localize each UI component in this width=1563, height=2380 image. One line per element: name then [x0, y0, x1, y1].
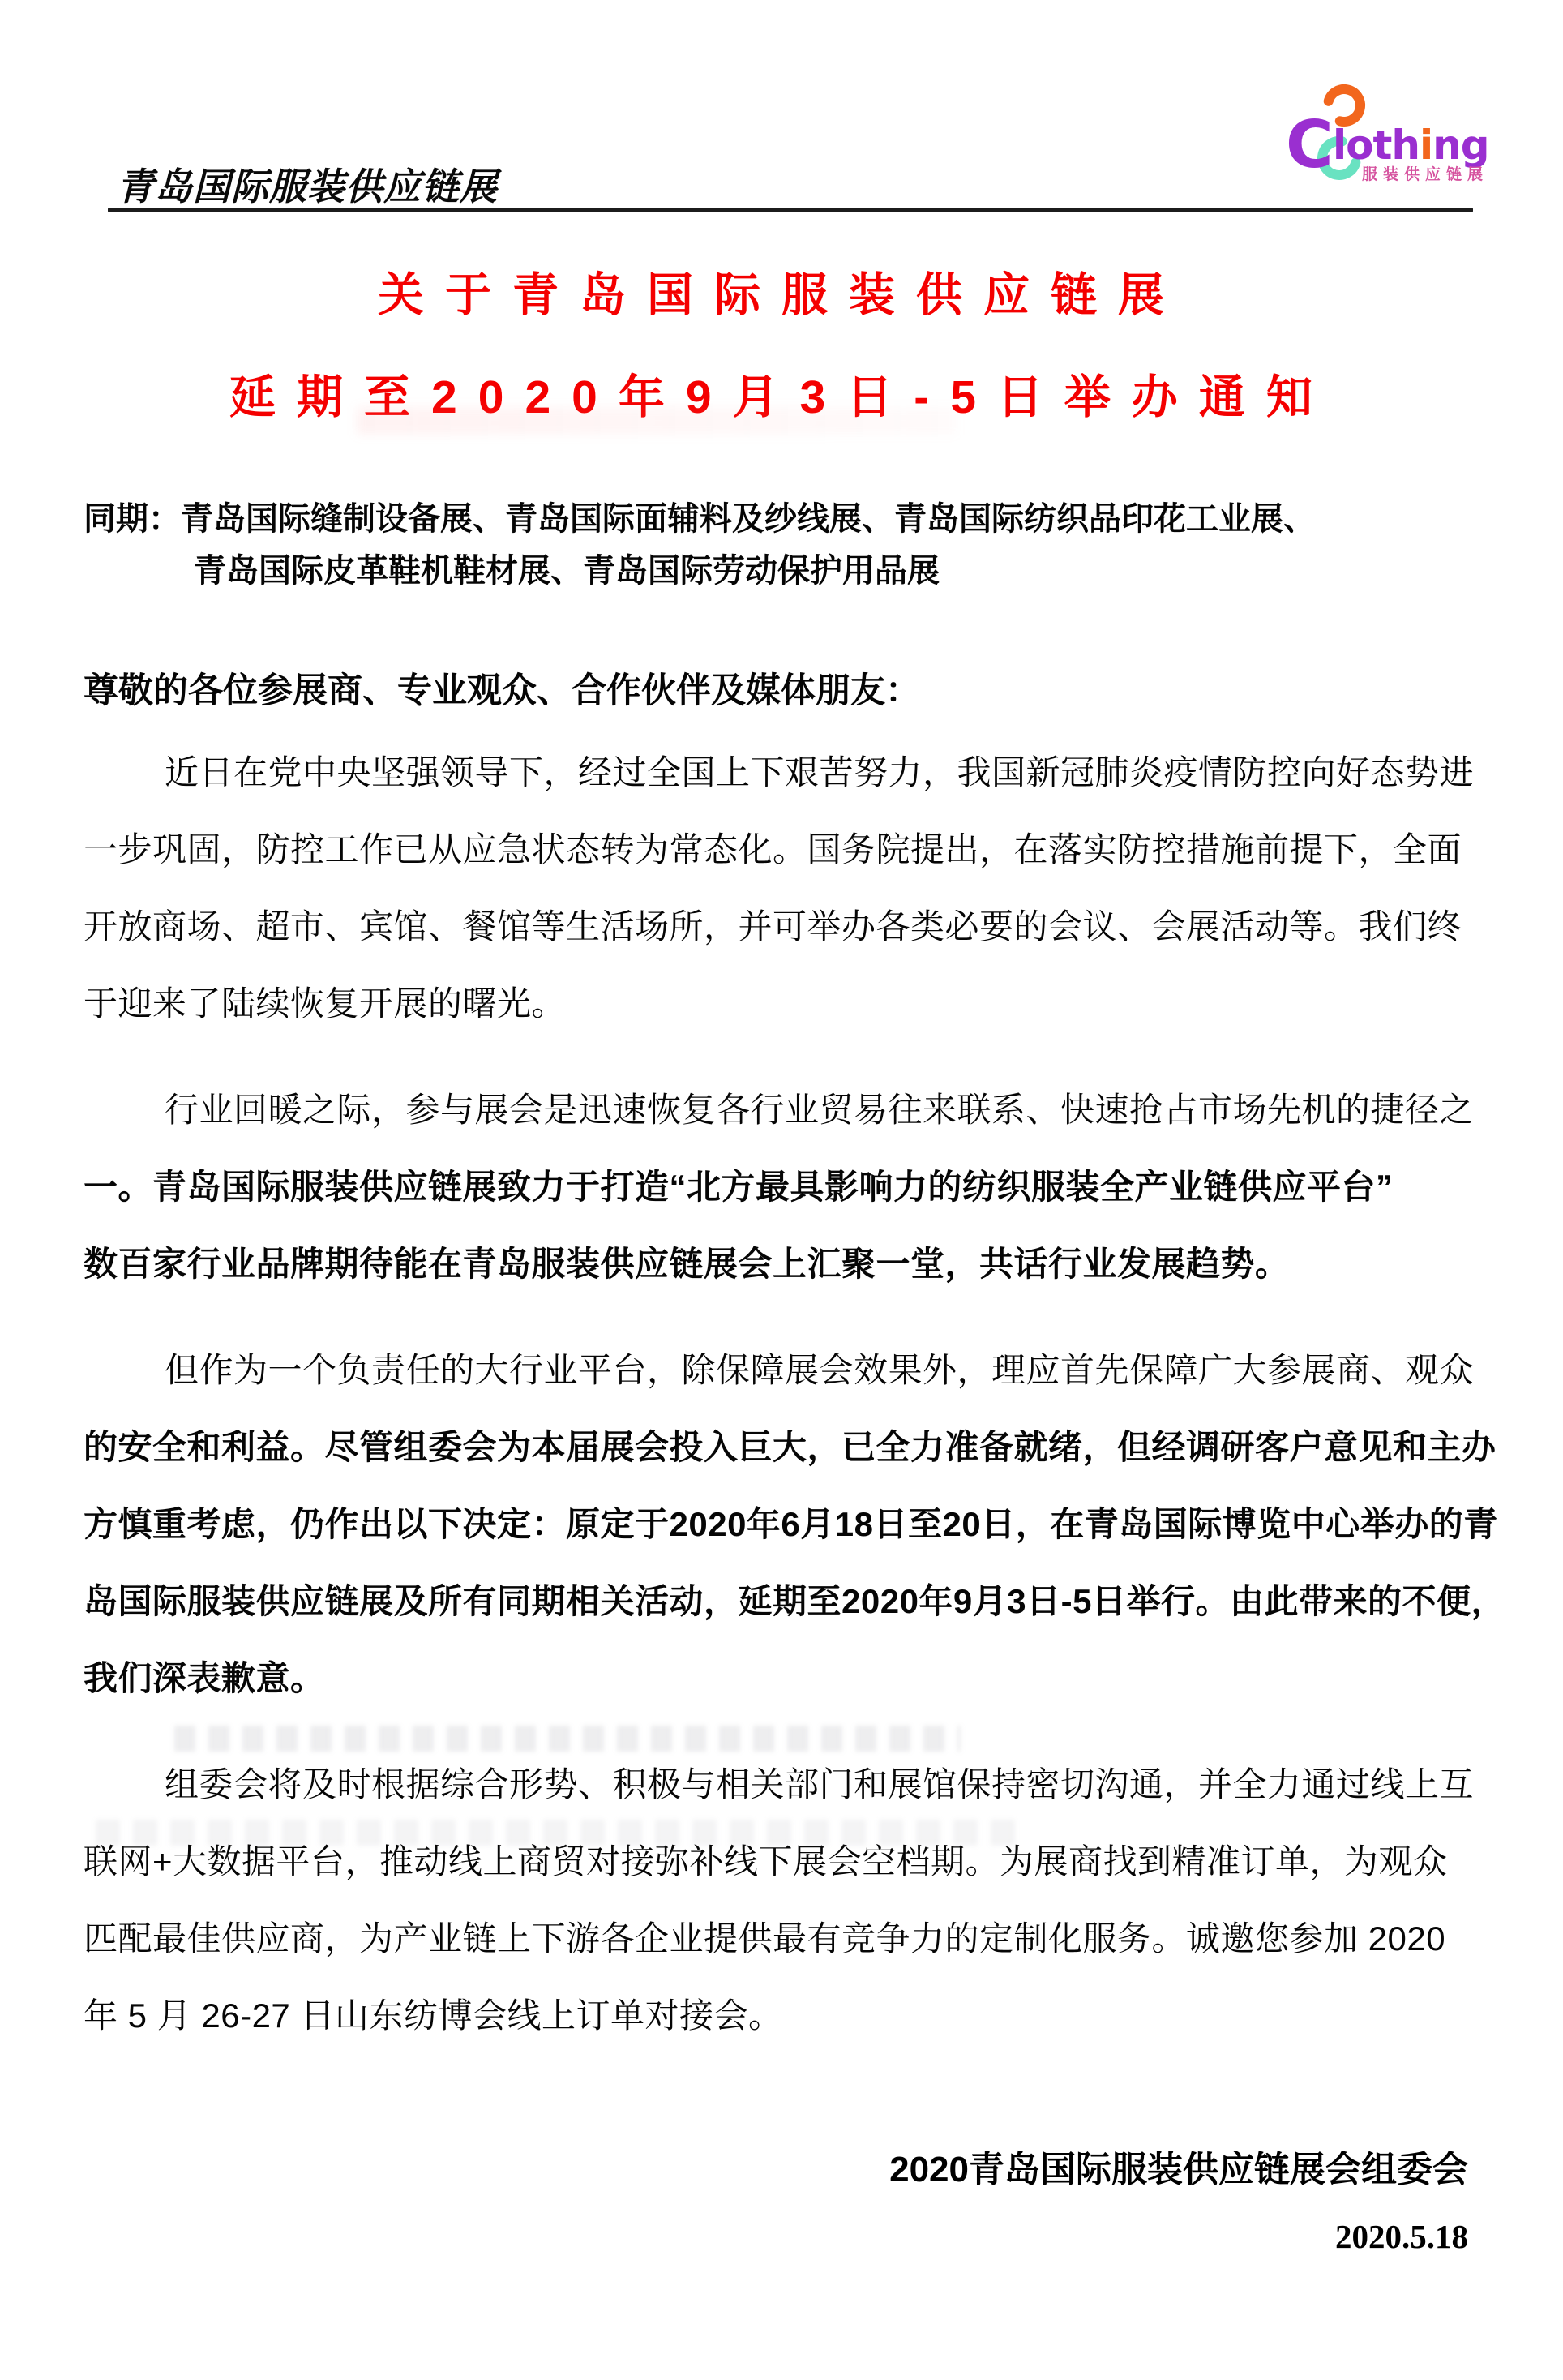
- logo-letter-c: C: [1286, 107, 1334, 182]
- body-line: 近日在党中央坚强领导下，经过全国上下艰苦努力，我国新冠肺炎疫情防控向好态势进: [84, 734, 1497, 811]
- signature-date: 2020.5.18: [889, 2217, 1468, 2256]
- masthead-title: 青岛国际服装供应链展: [117, 157, 498, 211]
- paragraph: 行业回暖之际，参与展会是迅速恢复各行业贸易往来联系、快速抢占市场先机的捷径之 一…: [84, 1071, 1497, 1302]
- body-line: 岛国际服装供应链展及所有同期相关活动，延期至2020年9月3日-5日举行。由此带…: [84, 1563, 1497, 1640]
- body-line: 但作为一个负责任的大行业平台，除保障展会效果外，理应首先保障广大参展商、观众: [84, 1332, 1497, 1409]
- concurrent-shows: 同期：青岛国际缝制设备展、青岛国际面辅料及纱线展、青岛国际纺织品印花工业展、 青…: [84, 493, 1506, 597]
- body-line: 数百家行业品牌期待能在青岛服装供应链展会上汇聚一堂，共话行业发展趋势。: [84, 1225, 1497, 1302]
- signature-block: 2020青岛国际服装供应链展会组委会 2020.5.18: [889, 2147, 1468, 2256]
- logo-graphic: C lothing 服装供应链展: [1274, 75, 1518, 196]
- concurrent-label: 同期：: [84, 501, 181, 537]
- notice-document-page: 青岛国际服装供应链展 C lothing 服装供应链展 关于青岛国际服装供应链展…: [0, 0, 1563, 2380]
- body-line: 行业回暖之际，参与展会是迅速恢复各行业贸易往来联系、快速抢占市场先机的捷径之: [84, 1071, 1497, 1148]
- signature-committee: 2020青岛国际服装供应链展会组委会: [889, 2147, 1468, 2193]
- body-line: 一。青岛国际服装供应链展致力于打造“北方最具影响力的纺织服装全产业链供应平台”: [84, 1148, 1497, 1225]
- doc-title-line1: 关于青岛国际服装供应链展: [0, 268, 1563, 323]
- body-line: 开放商场、超市、宾馆、餐馆等生活场所，并可举办各类必要的会议、会展活动等。我们终: [84, 888, 1497, 965]
- paragraph: 但作为一个负责任的大行业平台，除保障展会效果外，理应首先保障广大参展商、观众 的…: [84, 1332, 1497, 1717]
- body-line: 组委会将及时根据综合形势、积极与相关部门和展馆保持密切沟通，并全力通过线上互: [84, 1746, 1497, 1823]
- concurrent-list1: 青岛国际缝制设备展、青岛国际面辅料及纱线展、青岛国际纺织品印花工业展、: [181, 501, 1316, 537]
- body-line: 联网+大数据平台，推动线上商贸对接弥补线下展会空档期。为展商找到精准订单，为观众: [84, 1823, 1497, 1900]
- logo-letters-ng: ng: [1432, 122, 1488, 169]
- body-text: 近日在党中央坚强领导下，经过全国上下艰苦努力，我国新冠肺炎疫情防控向好态势进 一…: [84, 734, 1497, 2054]
- body-line: 一步巩固，防控工作已从应急状态转为常态化。国务院提出，在落实防控措施前提下，全面: [84, 811, 1497, 888]
- logo-subtitle: 服装供应链展: [1362, 165, 1488, 183]
- doc-title-line2: 延期至2020年9月3日-5日举办通知: [0, 370, 1563, 425]
- paragraph: 组委会将及时根据综合形势、积极与相关部门和展馆保持密切沟通，并全力通过线上互 联…: [84, 1746, 1497, 2054]
- logo-wordmark: lothing: [1333, 122, 1489, 169]
- body-line: 年 5 月 26-27 日山东纺博会线上订单对接会。: [84, 1977, 1497, 2054]
- paragraph: 近日在党中央坚强领导下，经过全国上下艰苦努力，我国新冠肺炎疫情防控向好态势进 一…: [84, 734, 1497, 1042]
- body-line: 我们深表歉意。: [84, 1640, 1497, 1717]
- clothing-expo-logo: C lothing 服装供应链展: [1274, 75, 1518, 196]
- masthead-rule: [108, 208, 1473, 212]
- body-line: 匹配最佳供应商，为产业链上下游各企业提供最有竞争力的定制化服务。诚邀您参加 20…: [84, 1900, 1497, 1977]
- body-line: 的安全和利益。尽管组委会为本届展会投入巨大，已全力准备就绪，但经调研客户意见和主…: [84, 1409, 1497, 1486]
- concurrent-line1: 同期：青岛国际缝制设备展、青岛国际面辅料及纱线展、青岛国际纺织品印花工业展、: [84, 493, 1506, 545]
- concurrent-line2: 青岛国际皮革鞋机鞋材展、青岛国际劳动保护用品展: [194, 545, 1506, 597]
- body-line: 方慎重考虑，仍作出以下决定：原定于2020年6月18日至20日，在青岛国际博览中…: [84, 1486, 1497, 1563]
- logo-letter-i: i: [1420, 122, 1432, 169]
- body-line: 于迎来了陆续恢复开展的曙光。: [84, 965, 1497, 1042]
- logo-letters-loth: loth: [1333, 122, 1420, 169]
- salutation: 尊敬的各位参展商、专业观众、合作伙伴及媒体朋友：: [84, 663, 920, 713]
